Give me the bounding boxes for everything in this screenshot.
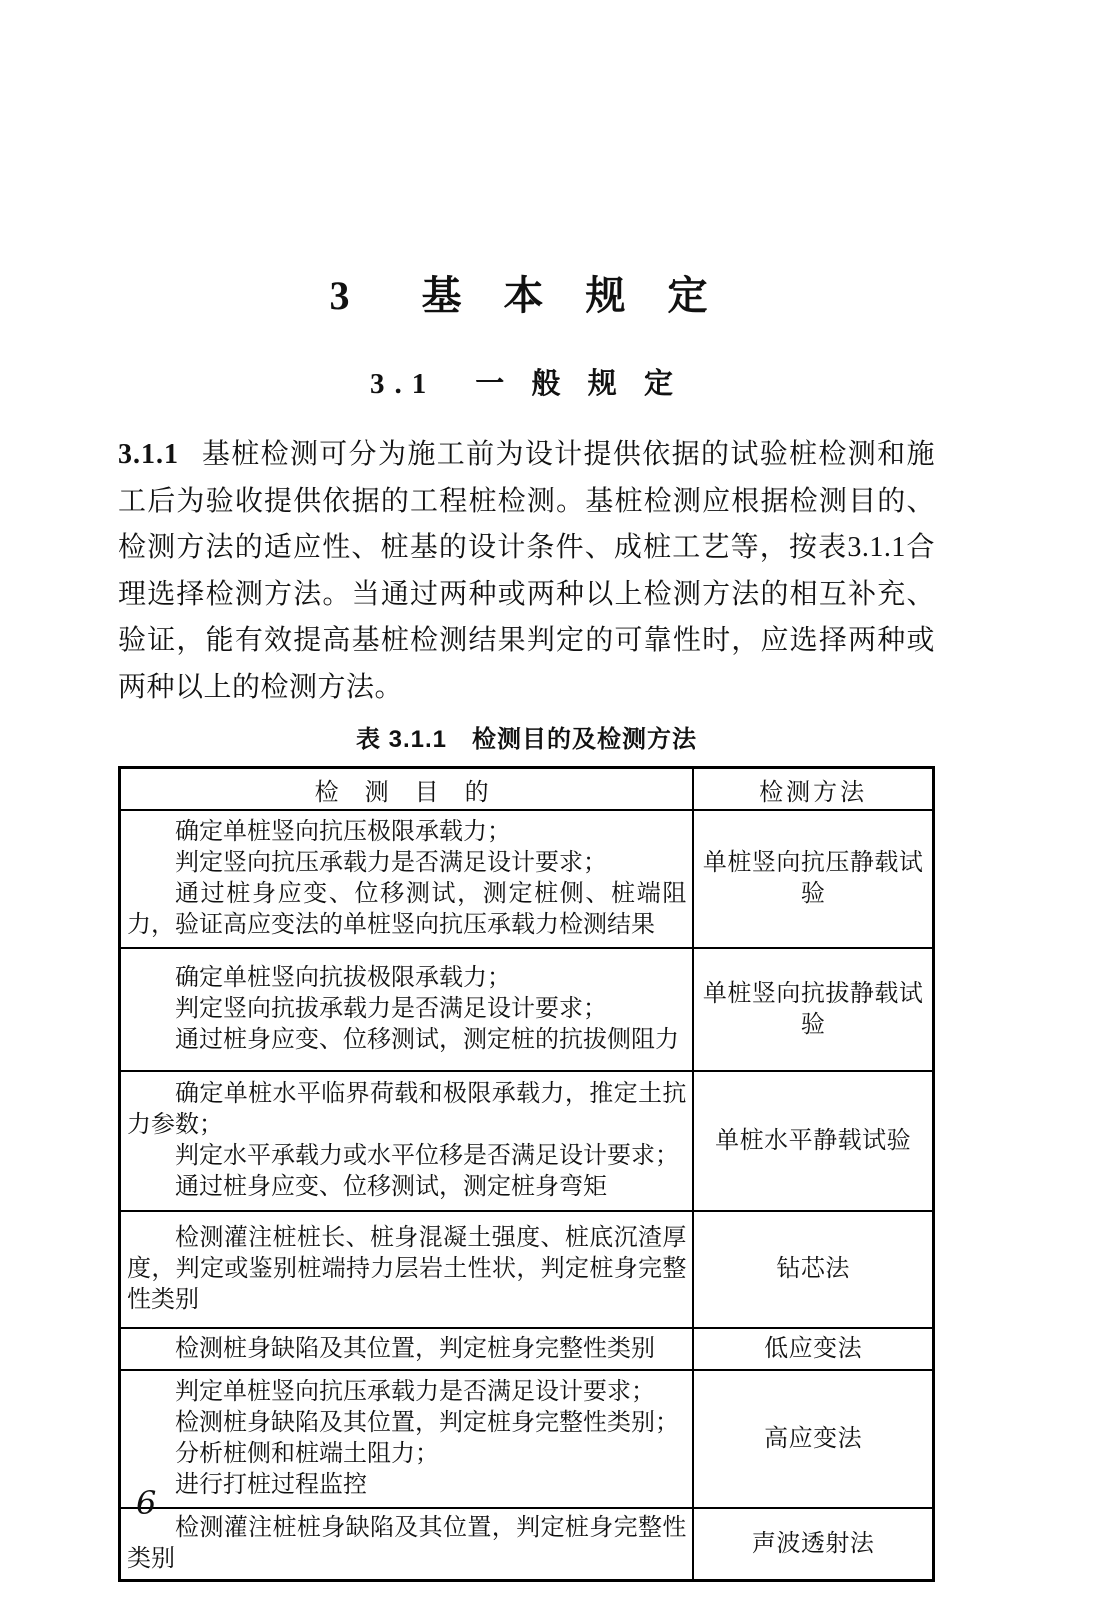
section-title: 3.1 一 般 规 定 <box>118 366 935 402</box>
purpose-line: 判定水平承载力或水平位移是否满足设计要求； <box>127 1141 686 1172</box>
purpose-cell: 检测灌注桩桩身缺陷及其位置，判定桩身完整性类别 <box>120 1508 694 1581</box>
clause-text: 基桩检测可分为施工前为设计提供依据的试验桩检测和施工后为验收提供依据的工程桩检测… <box>118 439 935 703</box>
table-row: 检测灌注桩桩长、桩身混凝土强度、桩底沉渣厚度，判定或鉴别桩端持力层岩土性状，判定… <box>120 1211 934 1328</box>
method-cell: 声波透射法 <box>693 1508 933 1581</box>
purpose-cell: 确定单桩水平临界荷载和极限承载力，推定土抗力参数；判定水平承载力或水平位移是否满… <box>120 1071 694 1211</box>
method-cell: 单桩竖向抗拔静载试验 <box>693 948 933 1071</box>
purpose-line: 确定单桩竖向抗拔极限承载力； <box>127 963 686 994</box>
purpose-cell: 检测灌注桩桩长、桩身混凝土强度、桩底沉渣厚度，判定或鉴别桩端持力层岩土性状，判定… <box>120 1211 694 1328</box>
page-number: 6 <box>136 1484 156 1522</box>
table-row: 判定单桩竖向抗压承载力是否满足设计要求；检测桩身缺陷及其位置，判定桩身完整性类别… <box>120 1370 934 1508</box>
method-cell: 单桩竖向抗压静载试验 <box>693 810 933 948</box>
purpose-cell: 判定单桩竖向抗压承载力是否满足设计要求；检测桩身缺陷及其位置，判定桩身完整性类别… <box>120 1370 694 1508</box>
method-cell: 单桩水平静载试验 <box>693 1071 933 1211</box>
clause-number: 3.1.1 <box>118 439 179 470</box>
purpose-line: 进行打桩过程监控 <box>127 1470 686 1501</box>
purpose-cell: 检测桩身缺陷及其位置，判定桩身完整性类别 <box>120 1328 694 1370</box>
purpose-line: 检测桩身缺陷及其位置，判定桩身完整性类别； <box>127 1408 686 1439</box>
purpose-line: 通过桩身应变、位移测试，测定桩侧、桩端阻力，验证高应变法的单桩竖向抗压承载力检测… <box>127 879 686 941</box>
purpose-line: 判定单桩竖向抗压承载力是否满足设计要求； <box>127 1377 686 1408</box>
col-header-purpose: 检 测 目 的 <box>120 768 694 811</box>
chapter-title: 3 基 本 规 定 <box>118 272 935 320</box>
purpose-cell: 确定单桩竖向抗拔极限承载力；判定竖向抗拔承载力是否满足设计要求；通过桩身应变、位… <box>120 948 694 1071</box>
purpose-line: 分析桩侧和桩端土阻力； <box>127 1439 686 1470</box>
purpose-line: 判定竖向抗拔承载力是否满足设计要求； <box>127 994 686 1025</box>
purpose-line: 通过桩身应变、位移测试，测定桩的抗拔侧阻力 <box>127 1025 686 1056</box>
purpose-line: 判定竖向抗压承载力是否满足设计要求； <box>127 848 686 879</box>
purpose-cell: 确定单桩竖向抗压极限承载力；判定竖向抗压承载力是否满足设计要求；通过桩身应变、位… <box>120 810 694 948</box>
page-content: 3 基 本 规 定 3.1 一 般 规 定 3.1.1基桩检测可分为施工前为设计… <box>118 0 935 1582</box>
table-row: 确定单桩竖向抗拔极限承载力；判定竖向抗拔承载力是否满足设计要求；通过桩身应变、位… <box>120 948 934 1071</box>
purpose-line: 通过桩身应变、位移测试，测定桩身弯矩 <box>127 1172 686 1203</box>
purpose-line: 确定单桩水平临界荷载和极限承载力，推定土抗力参数； <box>127 1079 686 1141</box>
purpose-line: 检测灌注桩桩长、桩身混凝土强度、桩底沉渣厚度，判定或鉴别桩端持力层岩土性状，判定… <box>127 1223 686 1316</box>
method-cell: 高应变法 <box>693 1370 933 1508</box>
purpose-line: 确定单桩竖向抗压极限承载力； <box>127 817 686 848</box>
col-header-method: 检测方法 <box>693 768 933 811</box>
table-row: 检测桩身缺陷及其位置，判定桩身完整性类别低应变法 <box>120 1328 934 1370</box>
table-row: 确定单桩水平临界荷载和极限承载力，推定土抗力参数；判定水平承载力或水平位移是否满… <box>120 1071 934 1211</box>
purpose-line: 检测桩身缺陷及其位置，判定桩身完整性类别 <box>127 1334 686 1365</box>
table-caption: 表 3.1.1 检测目的及检测方法 <box>118 719 935 754</box>
method-cell: 低应变法 <box>693 1328 933 1370</box>
clause-3-1-1: 3.1.1基桩检测可分为施工前为设计提供依据的试验桩检测和施工后为验收提供依据的… <box>118 432 935 711</box>
table-row: 确定单桩竖向抗压极限承载力；判定竖向抗压承载力是否满足设计要求；通过桩身应变、位… <box>120 810 934 948</box>
test-methods-table: 检 测 目 的 检测方法 确定单桩竖向抗压极限承载力；判定竖向抗压承载力是否满足… <box>118 766 935 1582</box>
purpose-line: 检测灌注桩桩身缺陷及其位置，判定桩身完整性类别 <box>127 1513 686 1575</box>
document-page: 3 基 本 规 定 3.1 一 般 规 定 3.1.1基桩检测可分为施工前为设计… <box>0 0 1103 1598</box>
method-cell: 钻芯法 <box>693 1211 933 1328</box>
table-body: 确定单桩竖向抗压极限承载力；判定竖向抗压承载力是否满足设计要求；通过桩身应变、位… <box>120 810 934 1581</box>
table-header-row: 检 测 目 的 检测方法 <box>120 768 934 811</box>
table-row: 检测灌注桩桩身缺陷及其位置，判定桩身完整性类别声波透射法 <box>120 1508 934 1581</box>
